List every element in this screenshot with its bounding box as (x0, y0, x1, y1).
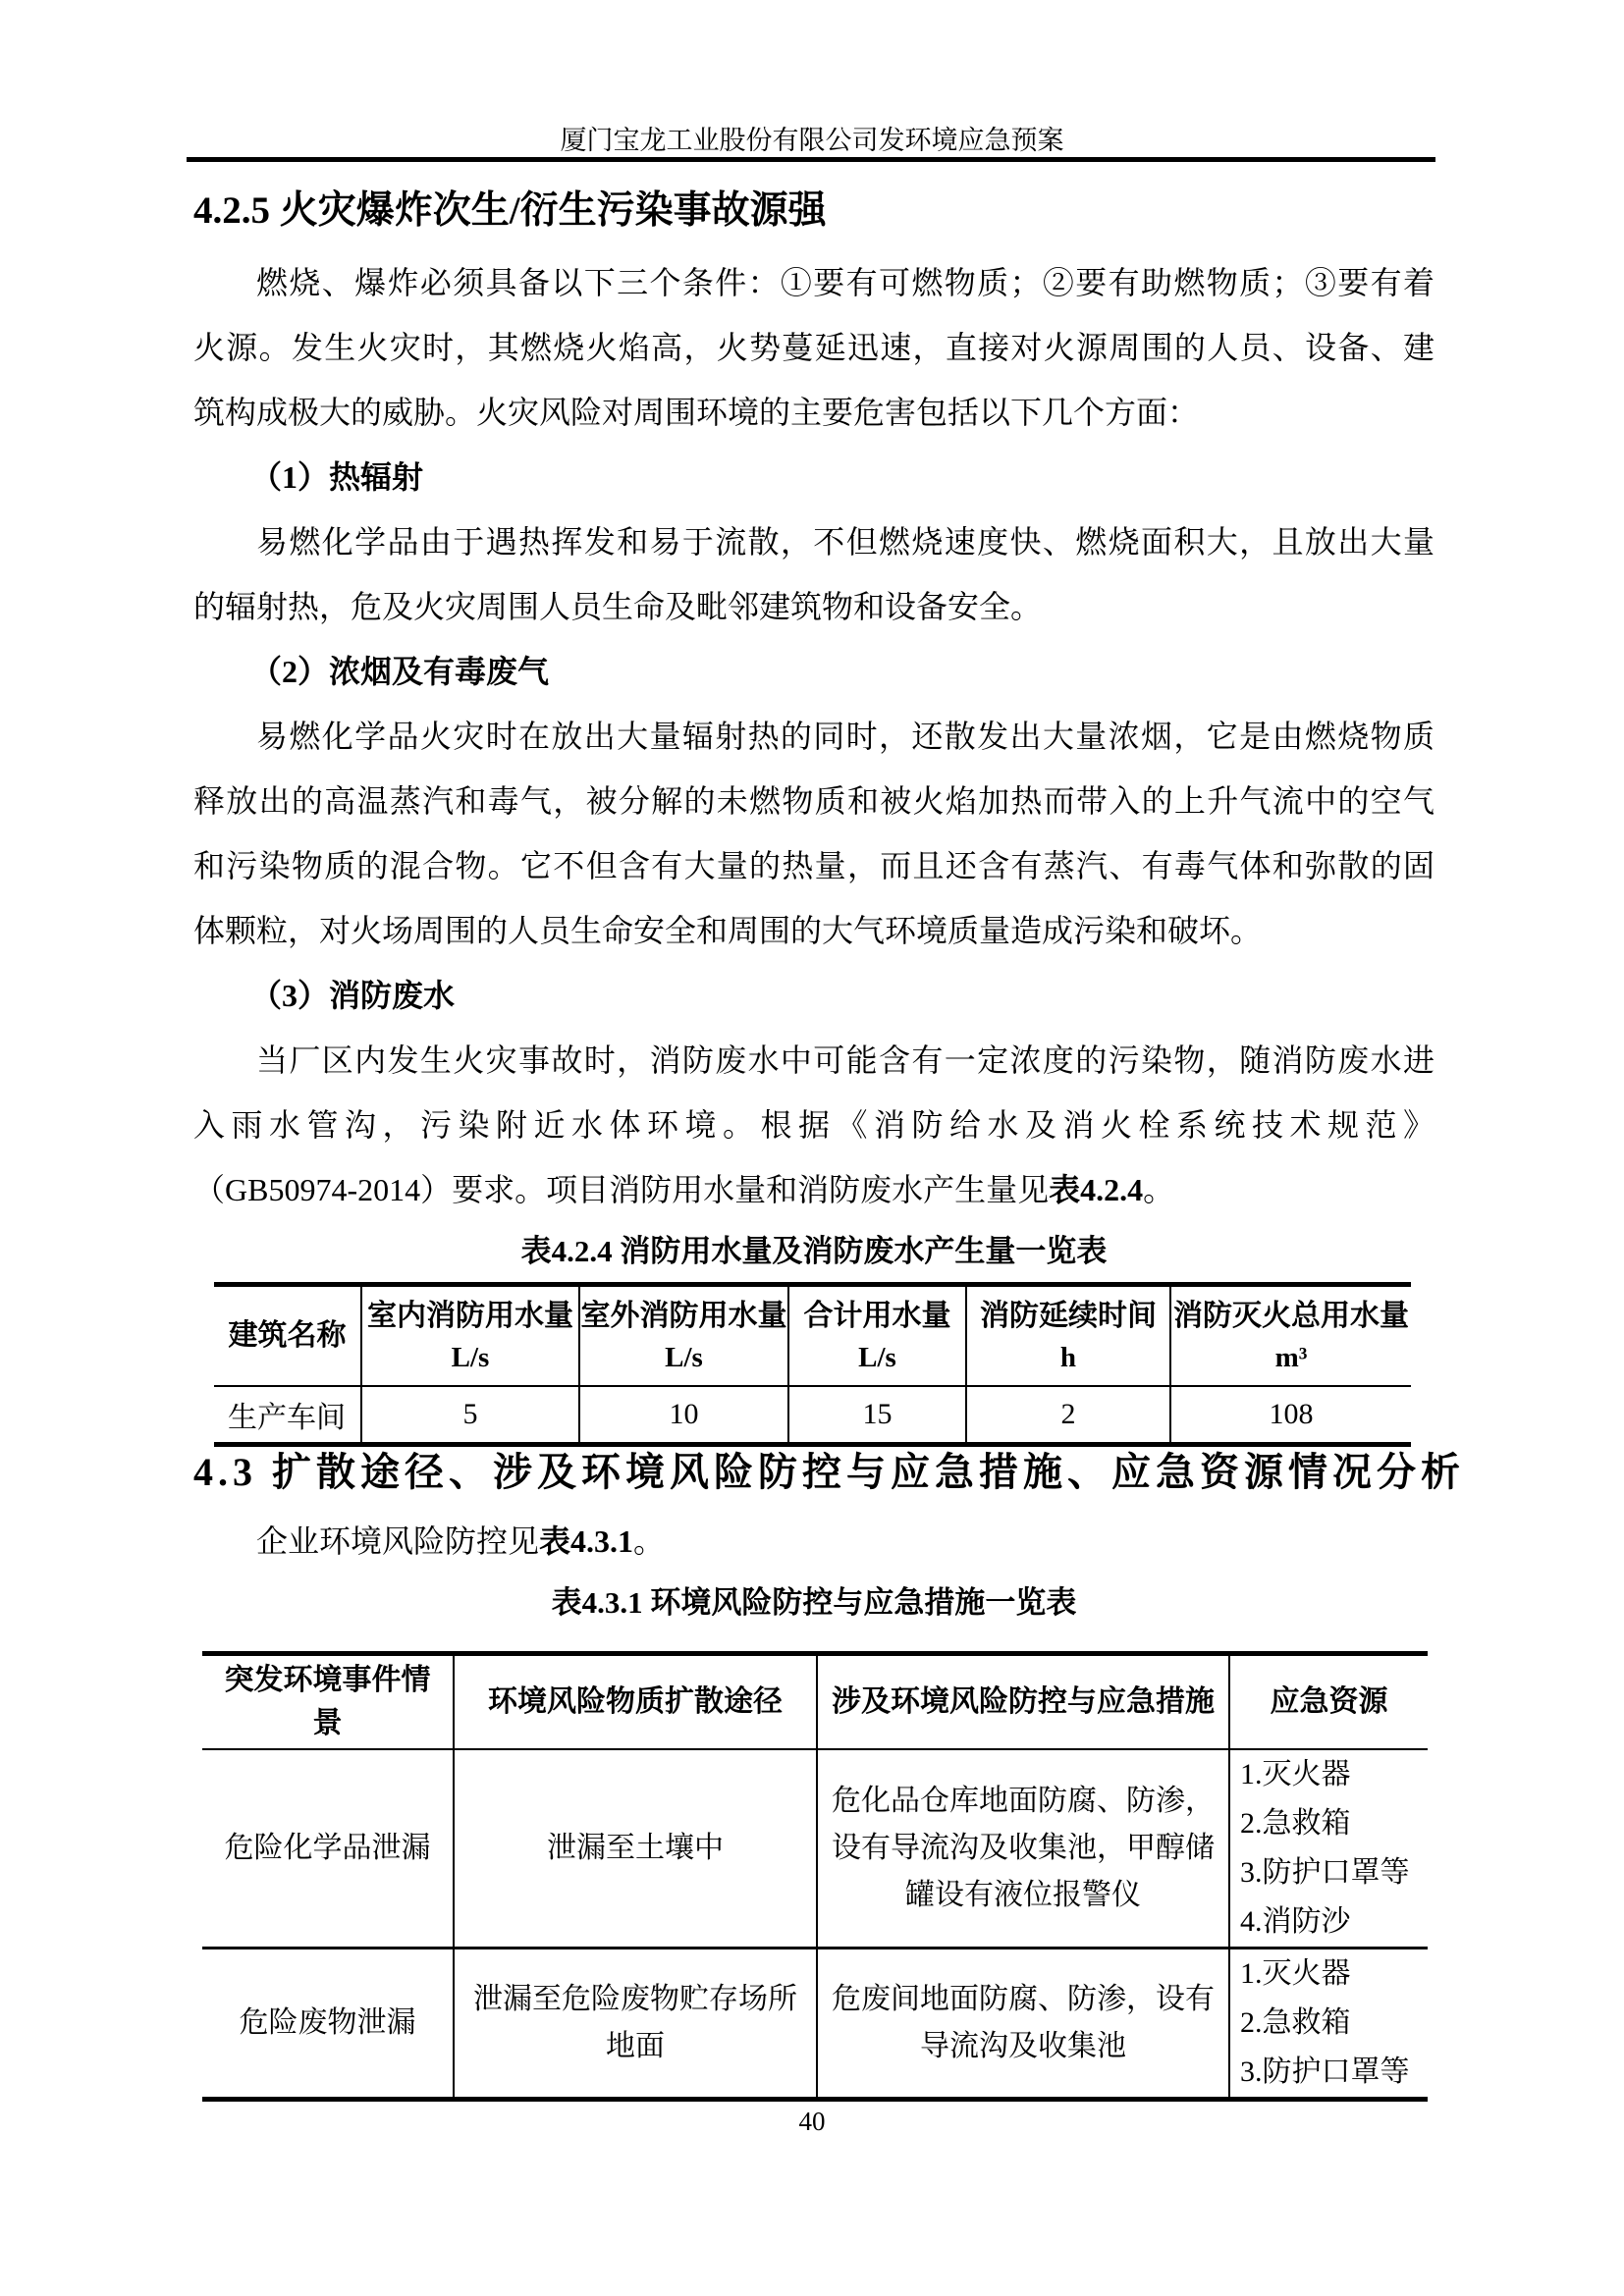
paragraph-line: 入雨水管沟，污染附近水体环境。根据《消防给水及消火栓系统技术规范》 (193, 1093, 1435, 1157)
paragraph-line: 易燃化学品火灾时在放出大量辐射热的同时，还散发出大量浓烟，它是由燃烧物质 (193, 704, 1435, 769)
page-header-title: 厦门宝龙工业股份有限公司发环境应急预案 (0, 124, 1624, 157)
table-row: 危险废物泄漏 泄漏至危险废物贮存场所 地面 危废间地面防腐、防渗，设有 导流沟及… (202, 1949, 1428, 2100)
resources-cell: 1.灭火器 2.急救箱 3.防护口罩等 4.消防沙 (1229, 1749, 1428, 1949)
column-header: 合计用水量L/s (788, 1285, 966, 1387)
table-header-row: 建筑名称 室内消防用水量L/s 室外消防用水量L/s 合计用水量L/s 消防延续… (214, 1285, 1411, 1387)
section-heading-4-3: 4.3 扩散途径、涉及环境风险防控与应急措施、应急资源情况分析 (193, 1447, 1470, 1498)
section-4-2-5-body: 燃烧、爆炸必须具备以下三个条件：①要有可燃物质；②要有助燃物质；③要有着 火源。… (193, 250, 1435, 1222)
resource-item: 3.防护口罩等 (1240, 1848, 1428, 1897)
table-cell: 10 (579, 1386, 788, 1445)
paragraph-line: 燃烧、爆炸必须具备以下三个条件：①要有可燃物质；②要有助燃物质；③要有着 (193, 250, 1435, 315)
table-cell: 生产车间 (214, 1386, 361, 1445)
column-header: 应急资源 (1229, 1654, 1428, 1750)
column-header: 室内消防用水量L/s (361, 1285, 579, 1387)
paragraph-line: 火源。发生火灾时，其燃烧火焰高，火势蔓延迅速，直接对火源周围的人员、设备、建 (193, 315, 1435, 380)
column-header: 环境风险物质扩散途径 (454, 1654, 817, 1750)
paragraph-line: （GB50974-2014）要求。项目消防用水量和消防废水产生量见表4.2.4。 (193, 1157, 1435, 1222)
table-reference: 表4.2.4 (1049, 1172, 1143, 1207)
table-header-row: 突发环境事件情景 环境风险物质扩散途径 涉及环境风险防控与应急措施 应急资源 (202, 1654, 1428, 1750)
pathway-cell: 泄漏至危险废物贮存场所 地面 (454, 1949, 817, 2100)
paragraph-line: 易燃化学品由于遇热挥发和易于流散，不但燃烧速度快、燃烧面积大，且放出大量 (193, 509, 1435, 574)
paragraph-line: 体颗粒，对火场周围的人员生命安全和周围的大气环境质量造成污染和破坏。 (193, 898, 1435, 963)
table-cell: 15 (788, 1386, 966, 1445)
resource-item: 4.消防沙 (1240, 1897, 1428, 1947)
resource-item: 2.急救箱 (1240, 1799, 1428, 1848)
column-header: 突发环境事件情景 (202, 1654, 454, 1750)
resource-item: 1.灭火器 (1240, 1750, 1428, 1799)
paragraph-text: 。 (633, 1523, 665, 1559)
paragraph-line: 和污染物质的混合物。它不但含有大量的热量，而且还含有蒸汽、有毒气体和弥散的固 (193, 833, 1435, 898)
subheading-smoke-toxic-gas: （2）浓烟及有毒废气 (193, 639, 1435, 704)
table-risk-control-measures: 突发环境事件情景 环境风险物质扩散途径 涉及环境风险防控与应急措施 应急资源 危… (202, 1651, 1428, 2102)
table-cell: 108 (1170, 1386, 1411, 1445)
document-page: 厦门宝龙工业股份有限公司发环境应急预案 4.2.5 火灾爆炸次生/衍生污染事故源… (0, 0, 1624, 2296)
paragraph-line: 的辐射热，危及火灾周围人员生命及毗邻建筑物和设备安全。 (193, 574, 1435, 639)
table-cell: 2 (966, 1386, 1170, 1445)
paragraph-line: 筑构成极大的威胁。火灾风险对周围环境的主要危害包括以下几个方面： (193, 380, 1435, 445)
resource-item: 1.灭火器 (1240, 1949, 1428, 1999)
subheading-fire-wastewater: （3）消防废水 (193, 963, 1435, 1028)
page-number: 40 (0, 2107, 1624, 2137)
column-header: 建筑名称 (214, 1285, 361, 1387)
column-header: 涉及环境风险防控与应急措施 (817, 1654, 1229, 1750)
scenario-cell: 危险废物泄漏 (202, 1949, 454, 2100)
pathway-cell: 泄漏至土壤中 (454, 1749, 817, 1949)
paragraph-text: （GB50974-2014）要求。项目消防用水量和消防废水产生量见 (193, 1172, 1049, 1207)
header-rule (187, 157, 1435, 162)
resources-cell: 1.灭火器 2.急救箱 3.防护口罩等 (1229, 1949, 1428, 2100)
table-row: 生产车间 5 10 15 2 108 (214, 1386, 1411, 1445)
resource-item: 2.急救箱 (1240, 1999, 1428, 2048)
section-heading-4-2-5: 4.2.5 火灾爆炸次生/衍生污染事故源强 (193, 187, 1470, 236)
resource-item: 3.防护口罩等 (1240, 2048, 1428, 2097)
paragraph-text: 企业环境风险防控见 (256, 1523, 539, 1559)
scenario-cell: 危险化学品泄漏 (202, 1749, 454, 1949)
measures-cell: 危废间地面防腐、防渗，设有 导流沟及收集池 (817, 1949, 1229, 2100)
table-row: 危险化学品泄漏 泄漏至土壤中 危化品仓库地面防腐、防渗， 设有导流沟及收集池，甲… (202, 1749, 1428, 1949)
table-4-3-1-caption: 表4.3.1 环境风险防控与应急措施一览表 (193, 1582, 1435, 1624)
table-reference: 表4.3.1 (539, 1523, 633, 1559)
table-4-2-4-caption: 表4.2.4 消防用水量及消防废水产生量一览表 (193, 1231, 1435, 1272)
paragraph-line: 当厂区内发生火灾事故时，消防废水中可能含有一定浓度的污染物，随消防废水进 (193, 1028, 1435, 1093)
subheading-heat-radiation: （1）热辐射 (193, 445, 1435, 509)
column-header: 室外消防用水量L/s (579, 1285, 788, 1387)
measures-cell: 危化品仓库地面防腐、防渗， 设有导流沟及收集池，甲醇储 罐设有液位报警仪 (817, 1749, 1229, 1949)
table-cell: 5 (361, 1386, 579, 1445)
paragraph-text: 。 (1143, 1172, 1174, 1207)
column-header: 消防灭火总用水量m³ (1170, 1285, 1411, 1387)
column-header: 消防延续时间h (966, 1285, 1170, 1387)
paragraph-line: 释放出的高温蒸汽和毒气，被分解的未燃物质和被火焰加热而带入的上升气流中的空气 (193, 769, 1435, 833)
section-4-3-intro: 企业环境风险防控见表4.3.1。 (193, 1512, 1435, 1571)
table-fire-water-volume: 建筑名称 室内消防用水量L/s 室外消防用水量L/s 合计用水量L/s 消防延续… (214, 1282, 1411, 1447)
